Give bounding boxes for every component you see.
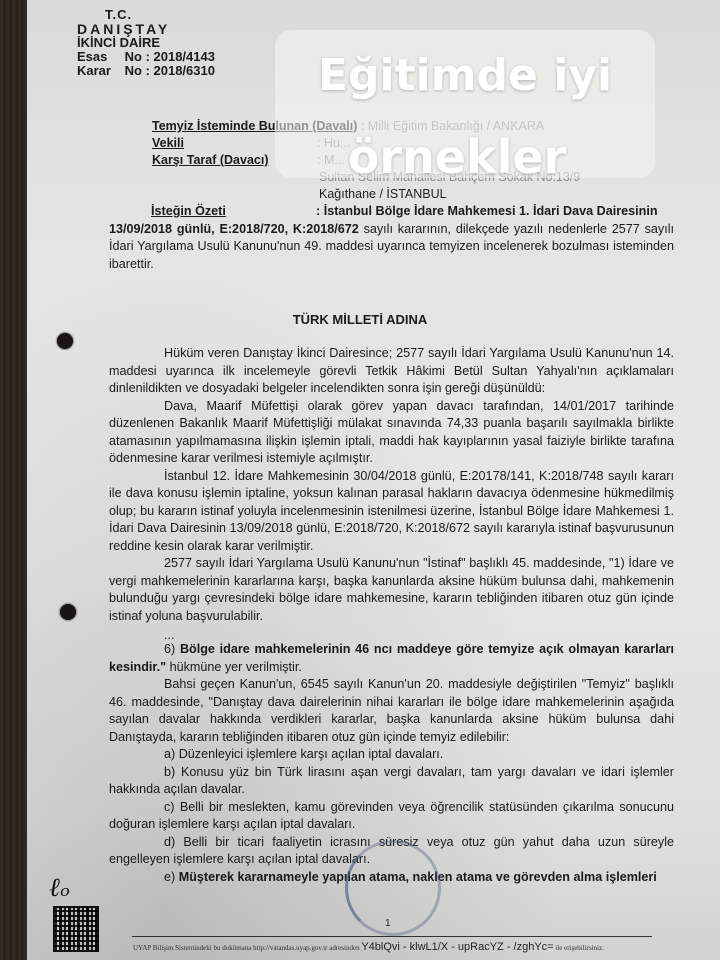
watermark-overlay: Eğitimde iyi örnekler	[275, 30, 655, 178]
overlay-title-line2: örnekler	[267, 130, 647, 184]
paragraph: Bahsi geçen Kanun'un, 6545 sayılı Kanun'…	[109, 676, 674, 746]
decision-body: Hüküm veren Danıştay İkinci Dairesince; …	[109, 345, 674, 886]
ellipsis: ...	[109, 629, 674, 641]
list-item: c) Belli bir meslekten, kamu görevinden …	[109, 799, 674, 834]
paragraph: Dava, Maarif Müfettişi olarak görev yapa…	[109, 398, 674, 468]
list-item: b) Konusu yüz bin Türk lirasını aşan ver…	[109, 764, 674, 799]
verification-code: Y4blQvi - klwL1/X - upRacYZ - /zghYc=	[361, 941, 553, 953]
document-header: T.C. DANIŞTAY İKİNCİ DAİRE Esas No : 201…	[77, 8, 215, 78]
institution-name: DANIŞTAY	[77, 22, 215, 36]
punch-hole	[60, 604, 76, 620]
uyap-footer: UYAP Bilişim Sistemindeki bu dokümana ht…	[133, 941, 604, 953]
city-line: Kağıthane / İSTANBUL	[152, 186, 580, 203]
country-label: T.C.	[77, 8, 215, 22]
paragraph: Hüküm veren Danıştay İkinci Dairesince; …	[109, 345, 674, 398]
request-summary: İsteğin Özeti: İstanbul Bölge İdare Mahk…	[109, 203, 674, 273]
official-stamp	[345, 840, 441, 936]
department-name: İKİNCİ DAİRE	[77, 36, 215, 50]
list-item: a) Düzenleyici işlemlere karşı açılan ip…	[109, 746, 674, 764]
footer-divider	[132, 936, 652, 937]
qr-code-icon[interactable]	[55, 908, 97, 950]
paragraph: 6) Bölge idare mahkemelerinin 46 ncı mad…	[109, 641, 674, 676]
karar-number: Karar No : 2018/6310	[77, 64, 215, 78]
decision-title: TÜRK MİLLETİ ADINA	[0, 312, 720, 327]
esas-number: Esas No : 2018/4143	[77, 50, 215, 64]
signature-icon: ℓₒ	[49, 873, 70, 903]
punch-hole	[57, 333, 73, 349]
page-number: 1	[385, 918, 391, 929]
paragraph: 2577 sayılı İdari Yargılama Usulü Kanunu…	[109, 555, 674, 625]
overlay-title-line1: Eğitimde iyi	[275, 50, 655, 101]
paragraph: İstanbul 12. İdare Mahkemesinin 30/04/20…	[109, 468, 674, 556]
